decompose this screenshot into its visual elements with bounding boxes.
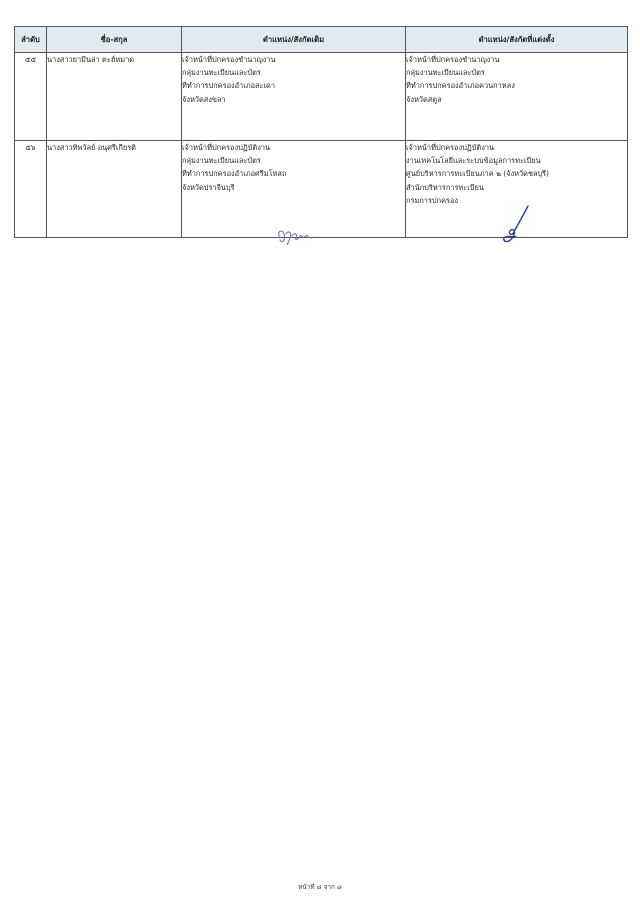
- new-position-line: กลุ่มงานทะเบียนและบัตร: [406, 66, 627, 79]
- row-number: ๕๖: [15, 141, 47, 238]
- row-new-position: เจ้าหน้าที่ปกครองปฏิบัติงาน งานเทคโนโลยี…: [406, 141, 628, 238]
- row-number: ๕๕: [15, 53, 47, 141]
- header-old-position: ตำแหน่ง/สังกัดเดิม: [182, 27, 406, 53]
- page-number: หน้าที่ ๘ จาก ๘: [0, 882, 640, 892]
- table-row: ๕๖ นางสาวทิพวัลย์ อนุศรีเกียรติ เจ้าหน้า…: [15, 141, 628, 238]
- header-no: ลำดับ: [15, 27, 47, 53]
- header-name: ชื่อ-สกุล: [47, 27, 182, 53]
- row-old-position: เจ้าหน้าที่ปกครองปฏิบัติงาน กลุ่มงานทะเบ…: [182, 141, 406, 238]
- header-new-position: ตำแหน่ง/สังกัดที่แต่งตั้ง: [406, 27, 628, 53]
- row-name: นางสาวยามีนล่า ตะฮ์หมาด: [47, 53, 182, 141]
- old-position-line: เจ้าหน้าที่ปกครองชำนาญงาน: [182, 53, 405, 66]
- document-page: ลำดับ ชื่อ-สกุล ตำแหน่ง/สังกัดเดิม ตำแหน…: [0, 0, 640, 909]
- new-position-line: กรมการปกครอง: [406, 194, 627, 207]
- new-position-line: ศูนย์บริหารการทะเบียนภาค ๒ (จังหวัดชลบุร…: [406, 167, 627, 180]
- table-row: ๕๕ นางสาวยามีนล่า ตะฮ์หมาด เจ้าหน้าที่ปก…: [15, 53, 628, 141]
- table-header-row: ลำดับ ชื่อ-สกุล ตำแหน่ง/สังกัดเดิม ตำแหน…: [15, 27, 628, 53]
- new-position-line: งานเทคโนโลยีและระบบข้อมูลการทะเบียน: [406, 154, 627, 167]
- new-position-line: ที่ทำการปกครองอำเภอควนกาหลง: [406, 79, 627, 92]
- old-position-line: ที่ทำการปกครองอำเภอสะเดา: [182, 79, 405, 92]
- row-old-position: เจ้าหน้าที่ปกครองชำนาญงาน กลุ่มงานทะเบีย…: [182, 53, 406, 141]
- new-position-line: สำนักบริหารการทะเบียน: [406, 181, 627, 194]
- new-position-line: เจ้าหน้าที่ปกครองปฏิบัติงาน: [406, 141, 627, 154]
- new-position-line: จังหวัดสตูล: [406, 93, 627, 106]
- row-new-position: เจ้าหน้าที่ปกครองชำนาญงาน กลุ่มงานทะเบีย…: [406, 53, 628, 141]
- old-position-line: ที่ทำการปกครองอำเภอศรีมโหสถ: [182, 167, 405, 180]
- appointment-table: ลำดับ ชื่อ-สกุล ตำแหน่ง/สังกัดเดิม ตำแหน…: [14, 26, 628, 238]
- old-position-line: กลุ่มงานทะเบียนและบัตร: [182, 154, 405, 167]
- new-position-line: เจ้าหน้าที่ปกครองชำนาญงาน: [406, 53, 627, 66]
- old-position-line: จังหวัดปราจีนบุรี: [182, 181, 405, 194]
- old-position-line: จังหวัดสงขลา: [182, 93, 405, 106]
- row-name: นางสาวทิพวัลย์ อนุศรีเกียรติ: [47, 141, 182, 238]
- old-position-line: เจ้าหน้าที่ปกครองปฏิบัติงาน: [182, 141, 405, 154]
- old-position-line: กลุ่มงานทะเบียนและบัตร: [182, 66, 405, 79]
